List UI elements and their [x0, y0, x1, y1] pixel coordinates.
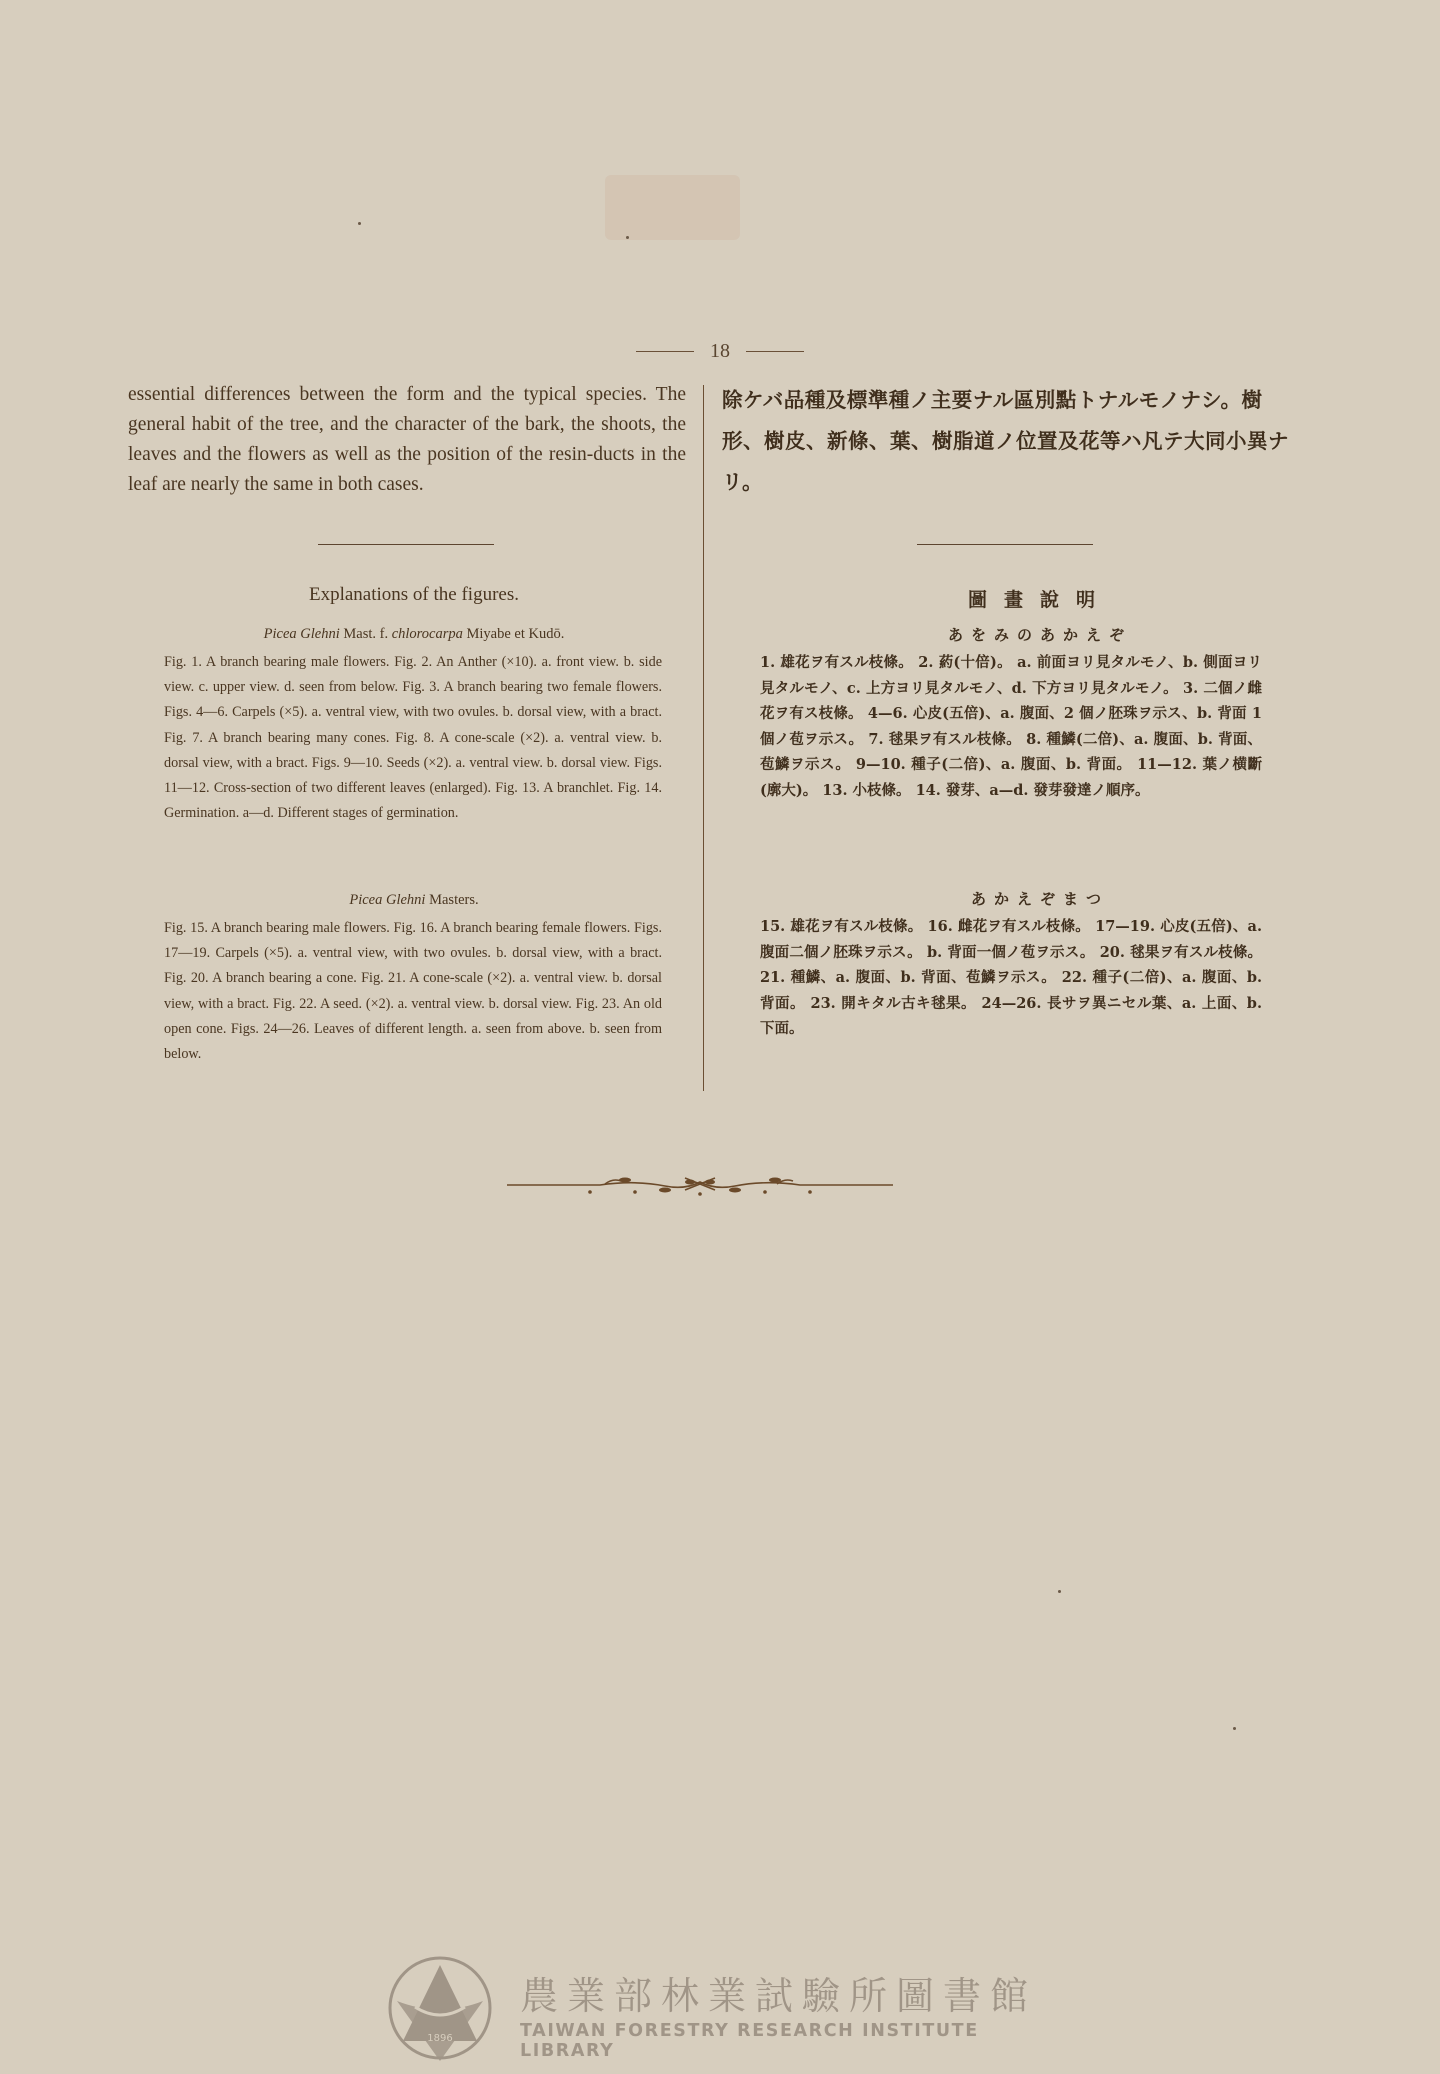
english-species-title-1: Picea Glehni Mast. f. chlorocarpa Miyabe… — [164, 626, 664, 643]
watermark-title-english: TAIWAN FORESTRY RESEARCH INSTITUTE LIBRA… — [520, 2021, 1075, 2061]
japanese-species-title-1: あをみのあかえぞ — [760, 624, 1320, 645]
watermark-title-chinese: 農業部林業試驗所圖書館 — [520, 1965, 1037, 2020]
library-watermark: 1896 農業部林業試驗所圖書館 TAIWAN FORESTRY RESEARC… — [375, 1943, 1075, 2073]
section-rule-left — [318, 544, 494, 545]
species-name-italic: Picea Glehni — [264, 626, 340, 642]
section-rule-right — [917, 544, 1093, 545]
page-number: 18 — [0, 340, 1440, 363]
english-figures-text-1: Fig. 1. A branch bearing male flowers. F… — [164, 650, 662, 826]
species-author: Mast. f. — [340, 626, 392, 642]
column-divider — [703, 385, 704, 1091]
institute-logo-icon: 1896 — [375, 1943, 505, 2073]
ornamental-divider — [505, 1168, 895, 1198]
paper-speck — [358, 222, 361, 225]
english-figures-text-2: Fig. 15. A branch bearing male flowers. … — [164, 916, 662, 1067]
page-number-text: 18 — [710, 340, 730, 363]
english-figures-heading: Explanations of the figures. — [164, 584, 664, 606]
species-form-author: Miyabe et Kudō. — [463, 626, 564, 642]
logo-year: 1896 — [427, 2033, 452, 2044]
paper-speck — [626, 236, 629, 239]
paper-speck — [1233, 1727, 1236, 1730]
species-name-italic: Picea Glehni — [349, 892, 425, 908]
english-intro-paragraph: essential differences between the form a… — [128, 380, 686, 500]
species-form-italic: chlorocarpa — [392, 626, 463, 642]
english-species-title-2: Picea Glehni Masters. — [164, 892, 664, 909]
page-number-rule-left — [636, 351, 694, 352]
japanese-intro-paragraph: 除ケバ品種及標準種ノ主要ナル區別點トナルモノナシ。樹形、樹皮、新條、葉、樹脂道ノ… — [722, 380, 1297, 503]
japanese-species-title-2: あかえぞまつ — [760, 888, 1320, 909]
page-number-rule-right — [746, 351, 804, 352]
paper-speck — [1058, 1590, 1061, 1593]
faded-stamp — [605, 175, 740, 240]
japanese-figures-heading: 圖畫說明 — [760, 585, 1320, 612]
japanese-figures-text-2: 15. 雄花ヲ有スル枝條。 16. 雌花ヲ有スル枝條。 17—19. 心皮(五倍… — [760, 914, 1262, 1042]
japanese-figures-text-1: 1. 雄花ヲ有スル枝條。 2. 葯(十倍)。 a. 前面ヨリ見タルモノ、b. 側… — [760, 650, 1262, 803]
species-author: Masters. — [425, 892, 478, 908]
